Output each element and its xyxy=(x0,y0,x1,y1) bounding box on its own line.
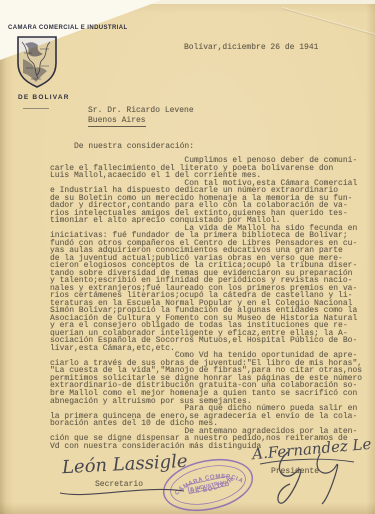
scanned-letter: CAMARA COMERCIAL E INDUSTRIAL DE BOLIVAR… xyxy=(0,0,375,514)
paper-crease xyxy=(281,7,375,38)
president-title: Presidente xyxy=(271,467,319,476)
heraldic-shield-icon xyxy=(14,35,60,91)
recipient-block: Sr. Dr. Ricardo Levene Buenos Aires xyxy=(88,106,194,127)
recipient-city: Buenos Aires xyxy=(88,116,146,127)
letter-body: Cumplimos el penoso deber de comuni-carl… xyxy=(50,157,370,450)
letterhead-rule xyxy=(23,108,49,109)
secretary-title: Secretario xyxy=(95,480,143,489)
letterhead-org-name: CAMARA COMERCIAL E INDUSTRIAL xyxy=(8,25,138,31)
recipient-name: Sr. Dr. Ricardo Levene xyxy=(88,106,194,116)
president-signature-flourish xyxy=(250,450,360,510)
salutation: De nuestra consideración: xyxy=(74,142,194,151)
letterhead-org-place: DE BOLIVAR xyxy=(18,94,70,101)
dateline: Bolívar,diciembre 26 de 1941 xyxy=(184,43,318,52)
